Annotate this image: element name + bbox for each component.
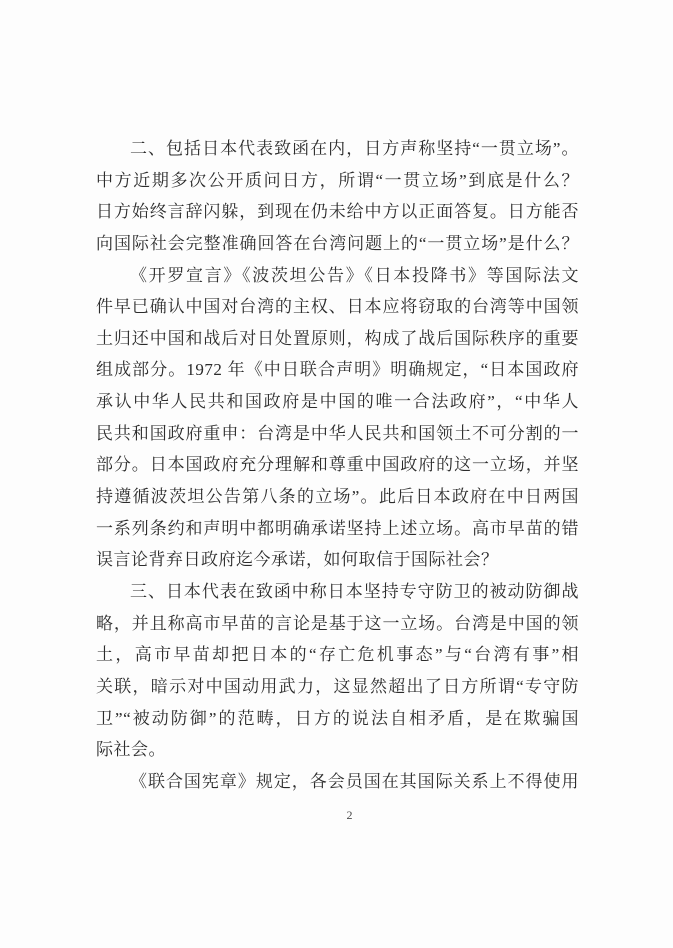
text-line: 二、包括日本代表致函在内，日方声称坚持“一贯立场”。 (96, 133, 579, 165)
text-line: 持遵循波茨坦公告第八条的立场”。此后日本政府在中日两国 (96, 481, 579, 513)
text-line: 《开罗宣言》《波茨坦公告》《日本投降书》等国际法文 (96, 260, 579, 292)
text-line: 承认中华人民共和国政府是中国的唯一合法政府”，“中华人 (96, 386, 579, 418)
document-text-block: 二、包括日本代表致函在内，日方声称坚持“一贯立场”。 中方近期多次公开质问日方，… (96, 133, 579, 797)
page-number: 2 (96, 808, 579, 823)
text-line: 组成部分。1972 年《中日联合声明》明确规定，“日本国政府 (96, 354, 579, 386)
text-line: 件早已确认中国对台湾的主权、日本应将窃取的台湾等中国领 (96, 291, 579, 323)
text-line: 民共和国政府重申：台湾是中华人民共和国领土不可分割的一 (96, 418, 579, 450)
text-line: 《联合国宪章》规定，各会员国在其国际关系上不得使用 (96, 766, 579, 798)
text-line: 误言论背弃日政府迄今承诺，如何取信于国际社会？ (96, 544, 579, 576)
text-line: 三、日本代表在致函中称日本坚持专守防卫的被动防御战 (96, 576, 579, 608)
text-line: 部分。日本国政府充分理解和尊重中国政府的这一立场，并坚 (96, 449, 579, 481)
text-line: 关联，暗示对中国动用武力，这显然超出了日方所谓“专守防 (96, 671, 579, 703)
text-line: 土，高市早苗却把日本的“存亡危机事态”与“台湾有事”相 (96, 639, 579, 671)
text-line: 略，并且称高市早苗的言论是基于这一立场。台湾是中国的领 (96, 608, 579, 640)
text-line: 中方近期多次公开质问日方，所谓“一贯立场”到底是什么？ (96, 165, 579, 197)
text-line: 土归还中国和战后对日处置原则，构成了战后国际秩序的重要 (96, 323, 579, 355)
text-line: 日方始终言辞闪躲，到现在仍未给中方以正面答复。日方能否 (96, 196, 579, 228)
text-line: 际社会。 (96, 734, 579, 766)
text-line: 一系列条约和声明中都明确承诺坚持上述立场。高市早苗的错 (96, 513, 579, 545)
scanned-document-page: 二、包括日本代表致函在内，日方声称坚持“一贯立场”。 中方近期多次公开质问日方，… (0, 0, 673, 948)
text-line: 向国际社会完整准确回答在台湾问题上的“一贯立场”是什么？ (96, 228, 579, 260)
text-line: 卫”“被动防御”的范畴，日方的说法自相矛盾，是在欺骗国 (96, 703, 579, 735)
